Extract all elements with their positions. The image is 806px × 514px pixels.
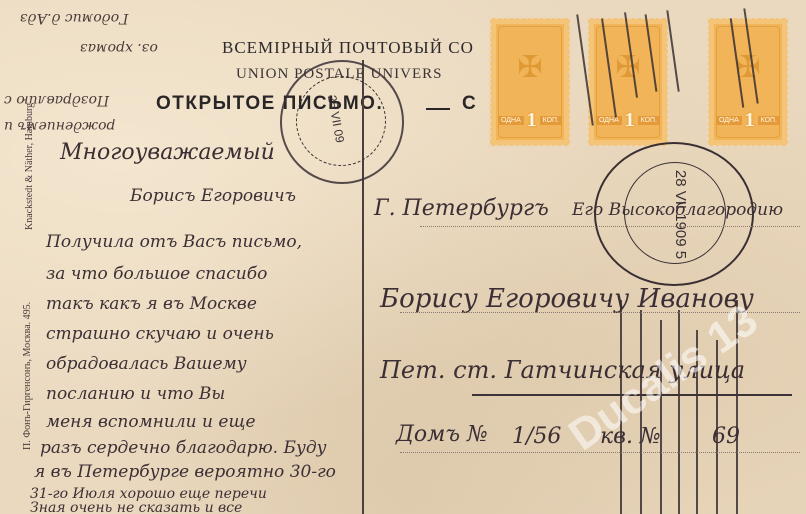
stamp-label-right: КОП. [540, 116, 562, 125]
stamp-denomination: 1 [625, 109, 635, 132]
stamp-denomination: 1 [745, 109, 755, 132]
title-dash [426, 108, 450, 110]
address-honorific: Его Высокоблагородию [572, 200, 783, 220]
stamp-label-right: КОП. [758, 116, 780, 125]
stamp-1: ✠ ОДНА 1 КОП. [490, 18, 570, 146]
eagle-icon: ✠ [517, 50, 542, 85]
message-line: за что большое спасибо [46, 264, 267, 284]
eagle-icon: ✠ [615, 50, 640, 85]
stamp-denomination: 1 [527, 109, 537, 132]
message-name: Борисъ Егоровичъ [130, 186, 296, 206]
address-city: Г. Петербургъ [374, 196, 549, 221]
stamp-label-right: КОП. [638, 116, 660, 125]
upside-down-note-3: Поздравлию с [4, 92, 109, 108]
message-line: обрадовалась Вашему [46, 354, 247, 374]
address-apartment-number: 69 [712, 424, 740, 449]
stamp-label-left: ОДНА [716, 116, 742, 125]
upside-down-note-2: оз. хромаз [80, 40, 158, 56]
message-line: посланию и что Вы [46, 384, 225, 404]
stamp-label-left: ОДНА [596, 116, 622, 125]
message-greeting: Многоуважаемый [60, 140, 275, 165]
card-type-tail: С [462, 93, 476, 115]
printer-imprint-moscow: П. Фонъ-Гиргенсонъ, Москва. 495. [22, 302, 33, 450]
message-line: меня вспомнили и еще [46, 412, 256, 432]
message-line: такъ какъ я въ Москве [46, 294, 257, 314]
message-line: Получила отъ Васъ письмо, [46, 232, 302, 252]
message-line: я въ Петербурге вероятно 30-го [34, 462, 336, 482]
upside-down-note-4: рождениемъ и [4, 118, 115, 134]
address-recipient: Борису Егоровичу Иванову [380, 284, 754, 314]
postcard: Годомис д.Адз оз. хромаз Поздравлию с ро… [0, 0, 806, 514]
stamp-label-left: ОДНА [498, 116, 524, 125]
postmark-left: 25 VII 09 [280, 60, 404, 184]
printer-imprint-hamburg: Knackstedt & Näther, Hamburg [24, 103, 35, 230]
address-house-label: Домъ № [396, 422, 488, 447]
union-title-russian: ВСЕМIРНЫЙ ПОЧТОВЫЙ СО [222, 38, 474, 58]
message-line: Зная очень не сказать и все [30, 500, 242, 514]
address-dotted-line-1 [420, 226, 800, 227]
upside-down-note-1: Годомис д.Адз [20, 10, 128, 26]
message-line: страшно скучаю и очень [46, 324, 274, 344]
message-line: разъ сердечно благодарю. Буду [40, 438, 326, 458]
address-house-number: 1/56 [512, 424, 561, 449]
